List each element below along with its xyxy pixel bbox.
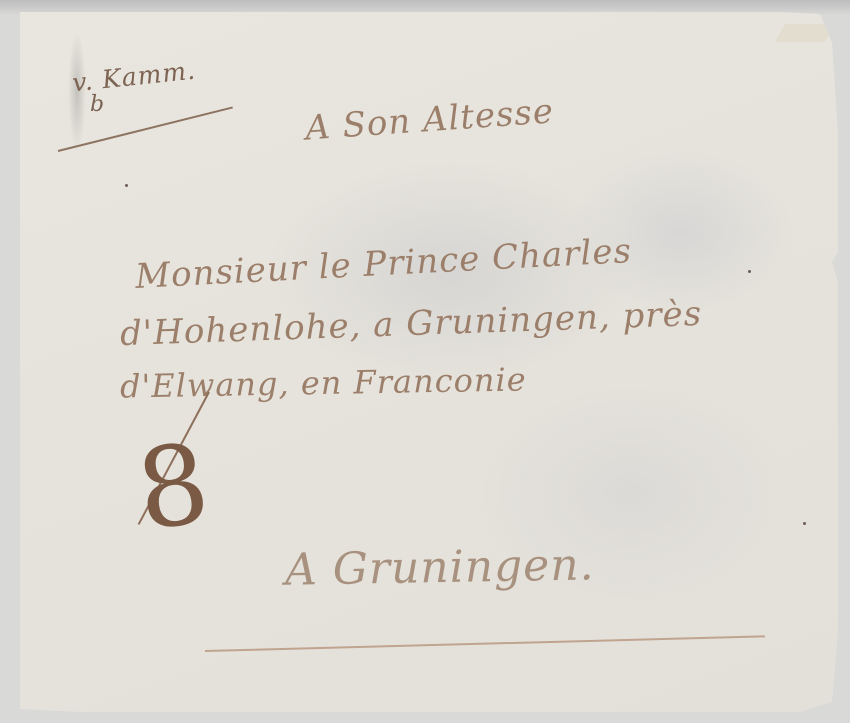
destination-underline (205, 635, 765, 652)
address-line-3: d'Elwang, en Franconie (120, 360, 527, 405)
ink-speck (803, 522, 806, 525)
address-salutation: A Son Altesse (304, 91, 555, 148)
folded-corner (775, 24, 835, 42)
address-line-1: Monsieur le Prince Charles (134, 231, 633, 297)
postage-rate-marking: 8 (131, 428, 216, 547)
address-line-2: d'Hohenlohe, a Gruningen, près (119, 294, 702, 354)
envelope: v. Kamm. b A Son Altesse Monsieur le Pri… (20, 12, 838, 712)
destination-city: A Gruningen. (285, 539, 595, 595)
scan-background (0, 0, 850, 14)
ink-speck (125, 184, 128, 187)
ink-speck (748, 270, 751, 273)
docket-subnote: b (90, 92, 105, 117)
